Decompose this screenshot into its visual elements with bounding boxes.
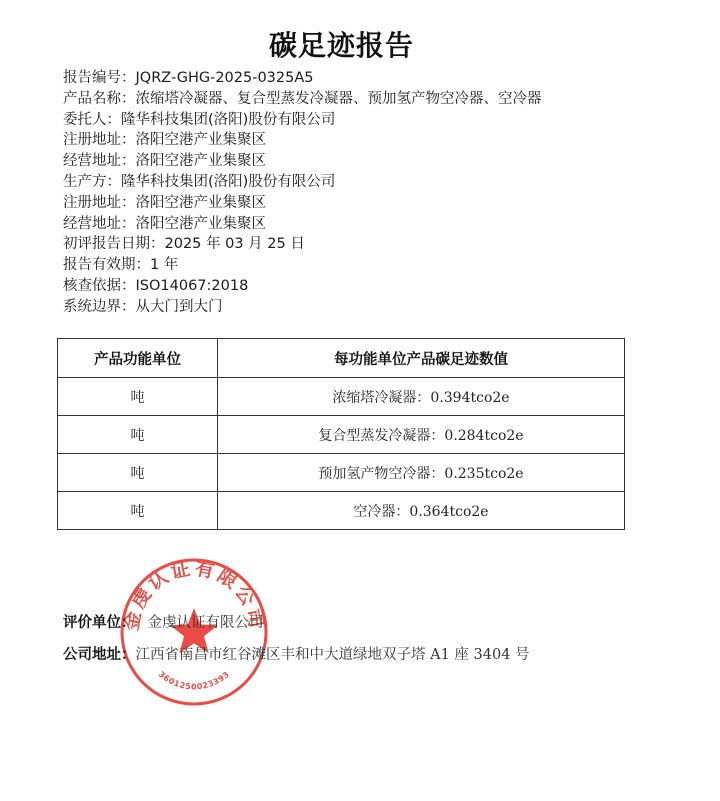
info-label: 生产方： (63, 174, 121, 190)
table-header-row: 产品功能单位 每功能单位产品碳足迹数值 (58, 339, 625, 378)
info-value: ISO14067:2018 (136, 278, 249, 294)
cell-footprint-value: 空冷器：0.364tco2e (218, 492, 625, 530)
info-value: JQRZ-GHG-2025-0325A5 (136, 70, 314, 86)
info-value: 从大门到大门 (136, 299, 223, 315)
info-client-business-address: 经营地址：洛阳空港产业集聚区 (63, 151, 542, 172)
info-client: 委托人：隆华科技集团(洛阳)股份有限公司 (63, 110, 542, 131)
info-label: 报告编号： (63, 70, 136, 86)
cell-unit: 吨 (58, 416, 218, 454)
info-label: 初评报告日期： (63, 236, 165, 252)
address-value: 江西省南昌市红谷滩区丰和中大道绿地双子塔 A1 座 3404 号 (136, 647, 530, 663)
address-line: 公司地址：江西省南昌市红谷滩区丰和中大道绿地双子塔 A1 座 3404 号 (63, 639, 530, 671)
cell-footprint-value: 复合型蒸发冷凝器：0.284tco2e (218, 416, 625, 454)
seal-number-text: 3601250023393 (157, 670, 232, 692)
cell-unit: 吨 (58, 492, 218, 530)
info-label: 注册地址： (63, 132, 136, 148)
info-label: 产品名称： (63, 91, 136, 107)
info-label: 核查依据： (63, 278, 136, 294)
report-title: 碳足迹报告 (0, 26, 683, 66)
info-validity: 报告有效期：1 年 (63, 255, 542, 276)
evaluator-block: 评价单位：金虔认证有限公司 公司地址：江西省南昌市红谷滩区丰和中大道绿地双子塔 … (63, 607, 530, 671)
cell-unit: 吨 (58, 454, 218, 492)
info-producer-business-address: 经营地址：洛阳空港产业集聚区 (63, 214, 542, 235)
evaluator-label: 评价单位： (63, 615, 136, 631)
info-label: 委托人： (63, 112, 121, 128)
column-header-footprint-value: 每功能单位产品碳足迹数值 (218, 339, 625, 378)
info-value: 浓缩塔冷凝器、复合型蒸发冷凝器、预加氢产物空冷器、空冷器 (136, 91, 542, 107)
info-value: 2025 年 03 月 25 日 (165, 236, 305, 252)
report-info-block: 报告编号：JQRZ-GHG-2025-0325A5 产品名称：浓缩塔冷凝器、复合… (63, 68, 542, 318)
info-label: 注册地址： (63, 195, 136, 211)
cell-footprint-value: 浓缩塔冷凝器：0.394tco2e (218, 378, 625, 416)
info-product-name: 产品名称：浓缩塔冷凝器、复合型蒸发冷凝器、预加氢产物空冷器、空冷器 (63, 89, 542, 110)
table-row: 吨 空冷器：0.364tco2e (58, 492, 625, 530)
info-producer: 生产方：隆华科技集团(洛阳)股份有限公司 (63, 172, 542, 193)
table-row: 吨 复合型蒸发冷凝器：0.284tco2e (58, 416, 625, 454)
cell-unit: 吨 (58, 378, 218, 416)
info-system-boundary: 系统边界：从大门到大门 (63, 297, 542, 318)
info-label: 报告有效期： (63, 257, 150, 273)
info-value: 洛阳空港产业集聚区 (136, 153, 267, 169)
info-value: 洛阳空港产业集聚区 (136, 195, 267, 211)
info-standard: 核查依据：ISO14067:2018 (63, 276, 542, 297)
info-value: 1 年 (150, 257, 178, 273)
info-label: 系统边界： (63, 299, 136, 315)
info-value: 隆华科技集团(洛阳)股份有限公司 (121, 112, 335, 128)
cell-footprint-value: 预加氢产物空冷器：0.235tco2e (218, 454, 625, 492)
info-value: 隆华科技集团(洛阳)股份有限公司 (121, 174, 335, 190)
evaluator-line: 评价单位：金虔认证有限公司 (63, 607, 530, 639)
info-value: 洛阳空港产业集聚区 (136, 216, 267, 232)
table-row: 吨 预加氢产物空冷器：0.235tco2e (58, 454, 625, 492)
info-value: 洛阳空港产业集聚区 (136, 132, 267, 148)
info-client-registered-address: 注册地址：洛阳空港产业集聚区 (63, 130, 542, 151)
address-label: 公司地址： (63, 647, 136, 663)
info-label: 经营地址： (63, 216, 136, 232)
evaluator-value: 金虔认证有限公司 (148, 615, 264, 631)
info-label: 经营地址： (63, 153, 136, 169)
table-row: 吨 浓缩塔冷凝器：0.394tco2e (58, 378, 625, 416)
carbon-footprint-table: 产品功能单位 每功能单位产品碳足迹数值 吨 浓缩塔冷凝器：0.394tco2e … (57, 338, 625, 530)
info-report-number: 报告编号：JQRZ-GHG-2025-0325A5 (63, 68, 542, 89)
info-producer-registered-address: 注册地址：洛阳空港产业集聚区 (63, 193, 542, 214)
column-header-functional-unit: 产品功能单位 (58, 339, 218, 378)
info-report-date: 初评报告日期：2025 年 03 月 25 日 (63, 234, 542, 255)
